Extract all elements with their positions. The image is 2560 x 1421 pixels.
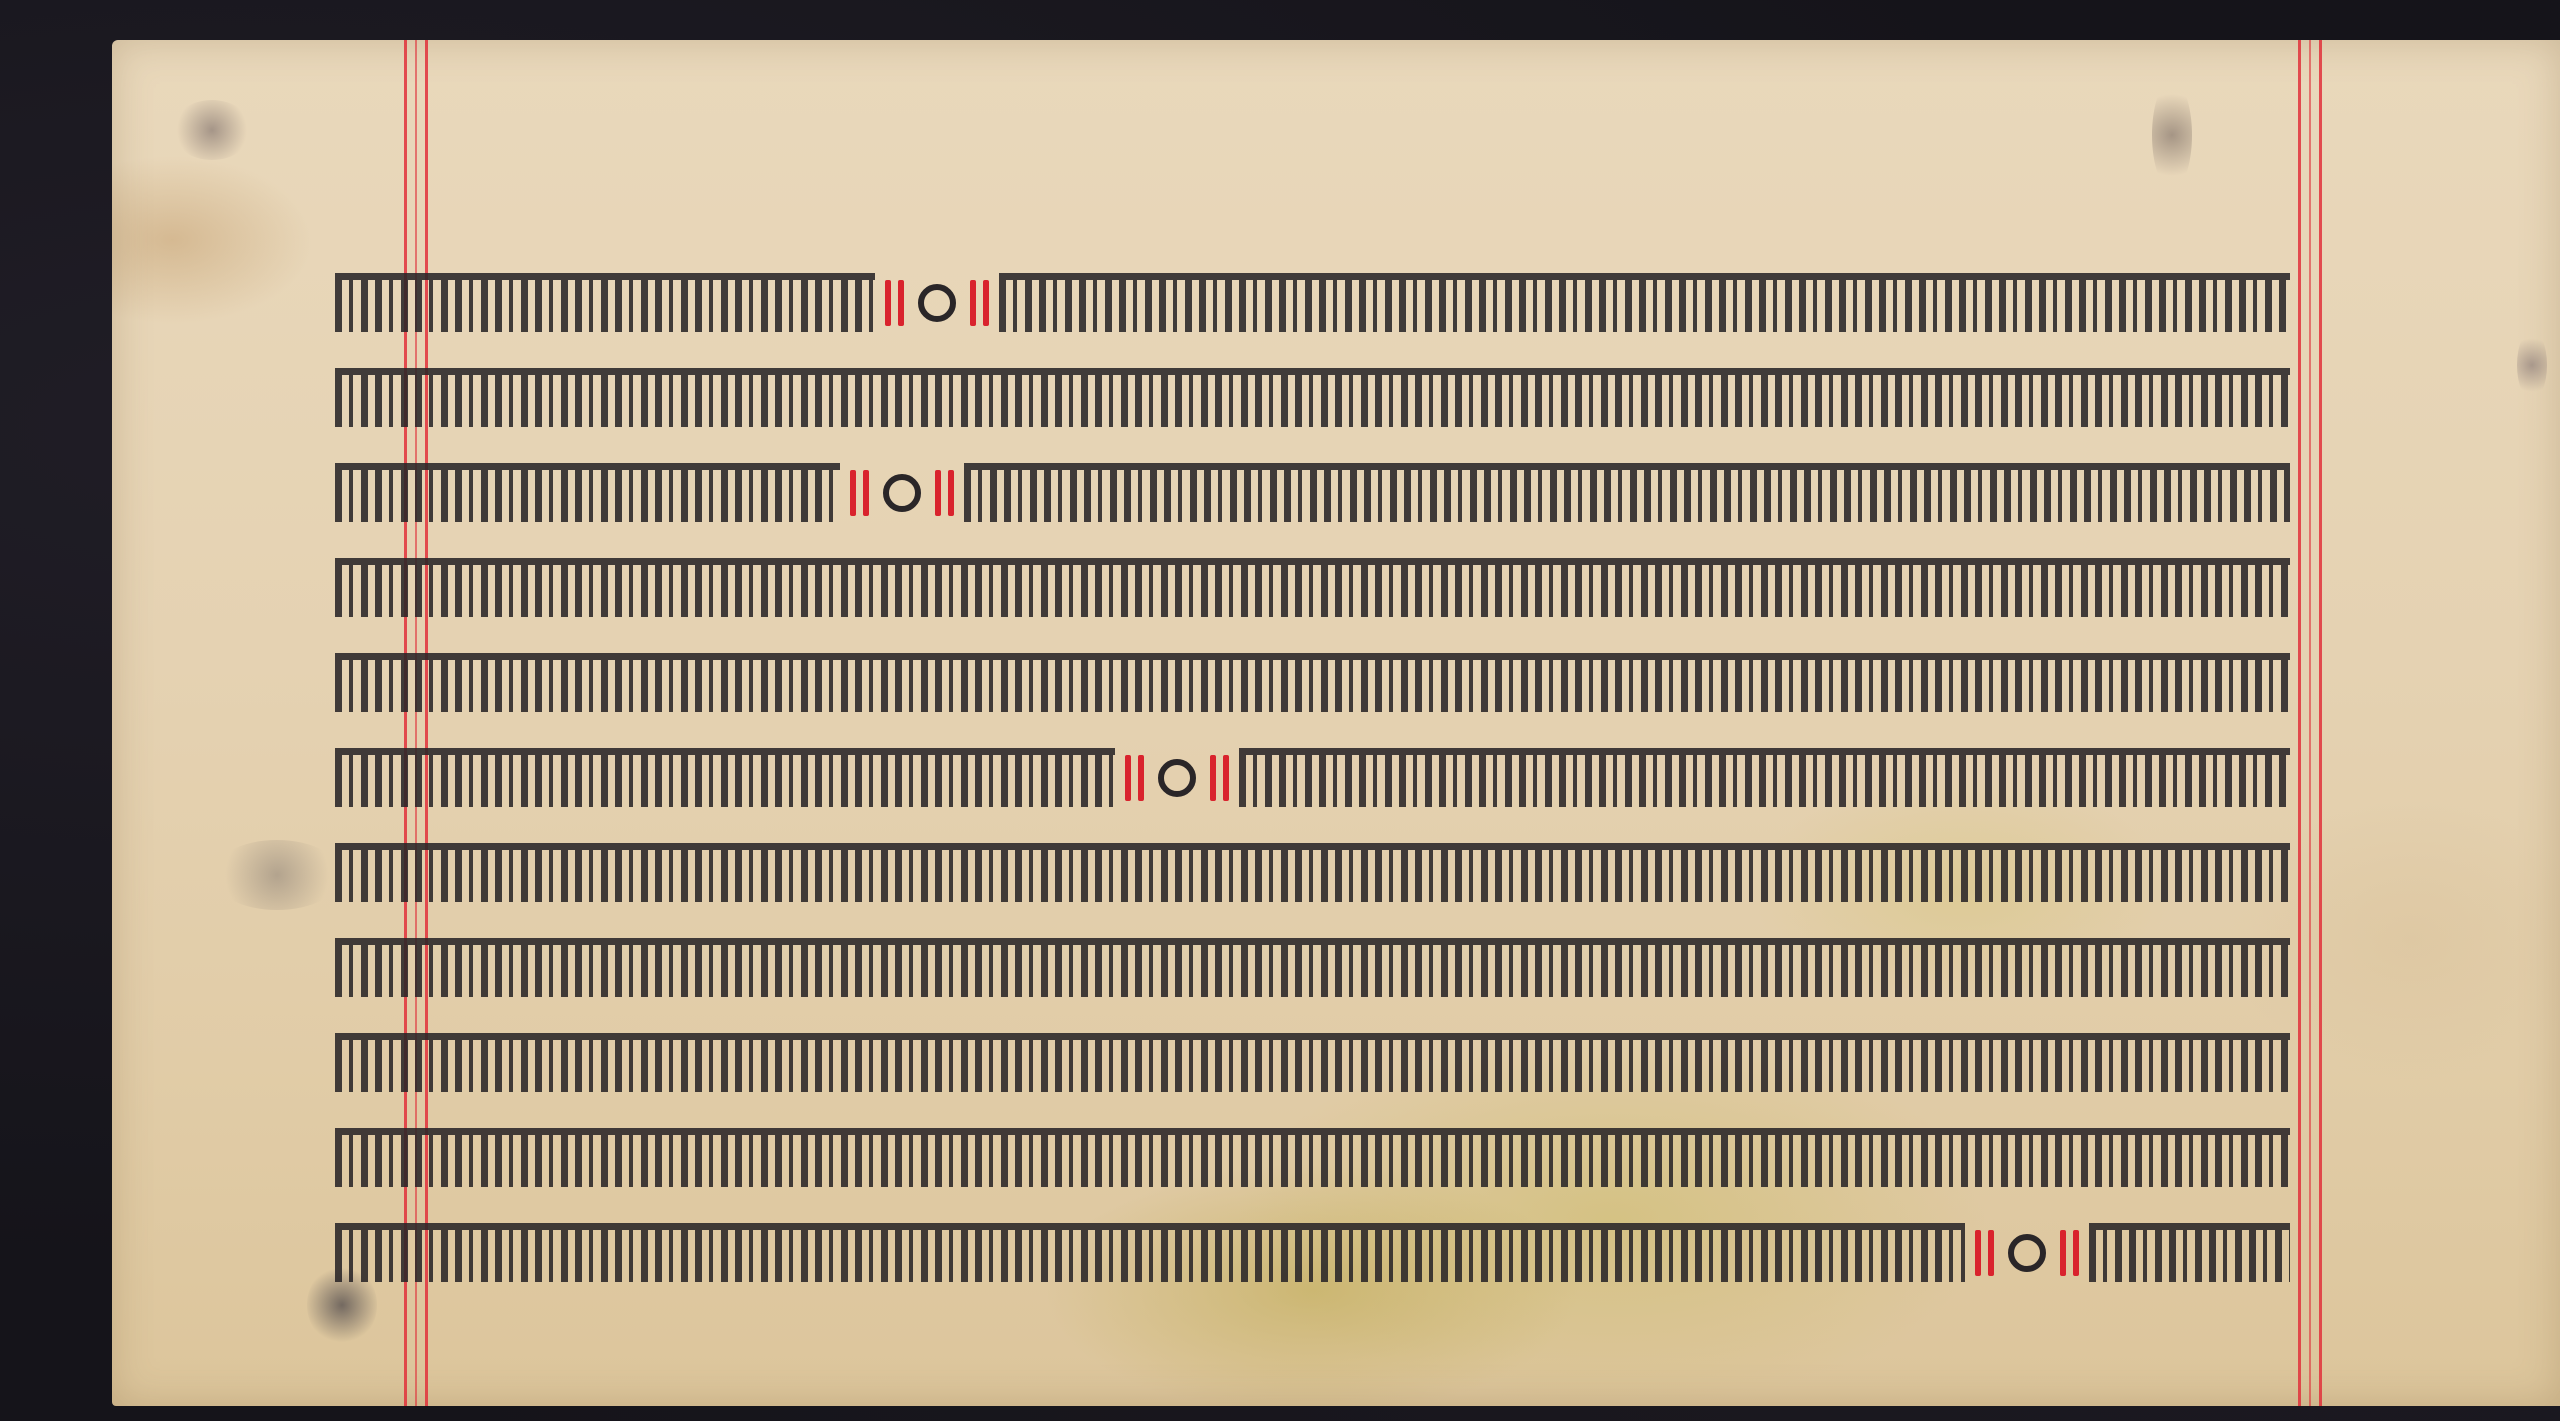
ink-text-run xyxy=(335,653,2290,712)
ink-text-run xyxy=(335,368,2290,427)
ink-text-run xyxy=(2089,1223,2290,1282)
numeral-sign-icon xyxy=(2008,1234,2046,1272)
ink-text-run xyxy=(335,843,2290,902)
ink-text-run xyxy=(999,273,2290,332)
ink-text-run xyxy=(335,748,1115,807)
ornamental-sign-icon xyxy=(883,474,921,512)
ornamental-sign-icon xyxy=(918,284,956,322)
text-line-8 xyxy=(335,920,2290,1015)
ink-text-run xyxy=(335,273,875,332)
red-double-danda xyxy=(879,280,910,326)
ink-text-run xyxy=(335,1223,1965,1282)
right-margin-rule xyxy=(2298,40,2328,1406)
ornamental-sign-icon xyxy=(1158,759,1196,797)
stain-top-left xyxy=(172,100,252,160)
text-line-5 xyxy=(335,635,2290,730)
ink-text-run xyxy=(335,558,2290,617)
stain-top-right xyxy=(2152,80,2192,190)
text-line-3 xyxy=(335,445,2290,540)
red-double-danda xyxy=(1969,1230,2000,1276)
ink-text-run xyxy=(335,1128,2290,1187)
text-line-6 xyxy=(335,730,2290,825)
stain-right-edge xyxy=(2517,330,2547,400)
manuscript-text-block xyxy=(335,255,2290,1300)
text-line-7 xyxy=(335,825,2290,920)
red-double-danda xyxy=(844,470,875,516)
text-line-11 xyxy=(335,1205,2290,1300)
red-double-danda xyxy=(1119,755,1150,801)
text-line-2 xyxy=(335,350,2290,445)
text-line-1 xyxy=(335,255,2290,350)
red-double-danda xyxy=(2054,1230,2085,1276)
ink-text-run xyxy=(964,463,2290,522)
text-line-10 xyxy=(335,1110,2290,1205)
ink-text-run xyxy=(335,463,840,522)
red-double-danda xyxy=(1204,755,1235,801)
ink-text-run xyxy=(335,938,2290,997)
text-line-4 xyxy=(335,540,2290,635)
red-double-danda xyxy=(964,280,995,326)
text-line-9 xyxy=(335,1015,2290,1110)
ink-text-run xyxy=(335,1033,2290,1092)
red-double-danda xyxy=(929,470,960,516)
stain-mid-left xyxy=(212,840,342,910)
ink-text-run xyxy=(1239,748,2290,807)
